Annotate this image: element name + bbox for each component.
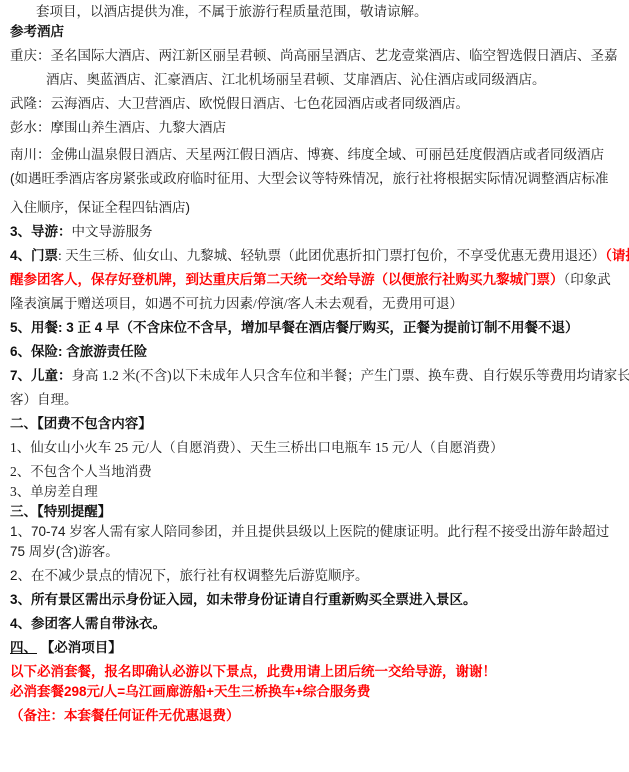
- text-segment: 醒参团客人，保存好登机牌，到达重庆后第二天统一交给导游（以便旅行社购买九黎城门票…: [10, 272, 564, 287]
- text-segment: 入住顺序，保证全程四钻酒店): [10, 200, 190, 215]
- text-segment: 酒店、奥蓝酒店、汇豪酒店、江北机场丽呈君顿、艾扉酒店、沁住酒店或同级酒店。: [46, 72, 546, 87]
- document-line: 6、保险: 含旅游责任险: [10, 344, 621, 359]
- document-line: 彭水：摩围山养生酒店、九黎大酒店: [10, 120, 621, 135]
- document-line: 必消套餐298元/人=乌江画廊游船+天生三桥换车+综合服务费: [10, 684, 621, 699]
- document-line: 3、单房差自理: [10, 484, 621, 499]
- document-line: 7、儿童：身高 1.2 米(不含)以下未成年人只含车位和半餐；产生门票、换车费、…: [10, 368, 621, 383]
- text-segment: 三、【特别提醒】: [10, 504, 111, 519]
- document-line: 75 周岁(含)游客。: [10, 544, 621, 559]
- document-line: 4、门票: 天生三桥、仙女山、九黎城、轻轨票（此团优惠折扣门票打包价，不享受优惠…: [10, 248, 621, 263]
- text-segment: 75 周岁(含)游客。: [10, 544, 119, 559]
- document-line: 1、70-74 岁客人需有家人陪同参团，并且提供县级以上医院的健康证明。此行程不…: [10, 524, 621, 539]
- document-line: (如遇旺季酒店客房紧张或政府临时征用、大型会议等特殊情况，旅行社将根据实际情况调…: [10, 171, 621, 186]
- text-segment: 3、所有景区需出示身份证入园，如未带身份证请自行重新购买全票进入景区。: [10, 592, 477, 607]
- document-line: 以下必消套餐，报名即确认必游以下景点，此费用请上团后统一交给导游，谢谢！: [10, 664, 621, 679]
- document-line: 2、在不减少景点的情况下，旅行社有权调整先后游览顺序。: [10, 568, 621, 583]
- text-segment: 二、【团费不包含内容】: [10, 416, 152, 431]
- document-line: 重庆：圣名国际大酒店、两江新区丽呈君顿、尚高丽呈酒店、艺龙壹棠酒店、临空智选假日…: [10, 48, 621, 63]
- text-segment: 7、儿童：: [10, 368, 72, 383]
- document-line: 参考酒店: [10, 24, 621, 39]
- document-line: 客）自理。: [10, 392, 621, 407]
- text-segment: 1、仙女山小火车 25 元/人（自愿消费）、天生三桥出口电瓶车 15 元/人（自…: [10, 440, 504, 455]
- document-line: （备注：本套餐任何证件无优惠退费）: [10, 708, 621, 723]
- document-line: 二、【团费不包含内容】: [10, 416, 621, 431]
- text-segment: 6、保险: 含旅游责任险: [10, 344, 147, 359]
- document-line: 醒参团客人，保存好登机牌，到达重庆后第二天统一交给导游（以便旅行社购买九黎城门票…: [10, 272, 621, 287]
- document-line: 3、所有景区需出示身份证入园，如未带身份证请自行重新购买全票进入景区。: [10, 592, 621, 607]
- text-segment: 4、参团客人需自带泳衣。: [10, 616, 166, 631]
- text-segment: : 天生三桥、仙女山、九黎城、轻轨票（此团优惠折扣门票打包价，不享受优惠无费用退…: [58, 248, 605, 263]
- text-segment: （备注：本套餐任何证件无优惠退费）: [10, 708, 240, 723]
- document-line: 3、导游：中文导游服务: [10, 224, 621, 239]
- text-segment: 3、单房差自理: [10, 484, 98, 499]
- text-segment: 2、在不减少景点的情况下，旅行社有权调整先后游览顺序。: [10, 568, 369, 583]
- text-segment: (如遇旺季酒店客房紧张或政府临时征用、大型会议等特殊情况，旅行社将根据实际情况调…: [10, 171, 609, 186]
- text-segment: 彭水：摩围山养生酒店、九黎大酒店: [10, 120, 226, 135]
- document-line: 入住顺序，保证全程四钻酒店): [10, 200, 621, 215]
- text-segment: 身高 1.2 米(不含)以下未成年人只含车位和半餐；产生门票、换车费、自行娱乐等…: [72, 368, 629, 383]
- text-segment: （请提: [605, 248, 629, 263]
- text-segment: 参考酒店: [10, 24, 64, 39]
- text-segment: 以下必消套餐，报名即确认必游以下景点，此费用请上团后统一交给导游，谢谢！: [10, 664, 496, 679]
- document-line: 三、【特别提醒】: [10, 504, 621, 519]
- text-segment: 南川：金佛山温泉假日酒店、天星两江假日酒店、博赛、纬度全域、可丽邑廷度假酒店或者…: [10, 147, 604, 162]
- text-segment: 必消套餐298元/人=乌江画廊游船+天生三桥换车+综合服务费: [10, 684, 370, 699]
- text-segment: 2、不包含个人当地消费: [10, 464, 152, 479]
- document-line: 2、不包含个人当地消费: [10, 464, 621, 479]
- text-segment: 1、70-74 岁客人需有家人陪同参团，并且提供县级以上医院的健康证明。此行程不…: [10, 524, 609, 539]
- document-line: 4、参团客人需自带泳衣。: [10, 616, 621, 631]
- document-body: 套项目，以酒店提供为准，不属于旅游行程质量范围，敬请谅解。参考酒店重庆：圣名国际…: [10, 4, 621, 723]
- text-segment: 3 正 4 早（不含床位不含早，增加早餐在酒店餐厅购买，正餐为提前订制不用餐不退…: [63, 320, 579, 335]
- document-page: { "page": { "type": "travel-itinerary-no…: [0, 0, 629, 772]
- document-line: 酒店、奥蓝酒店、汇豪酒店、江北机场丽呈君顿、艾扉酒店、沁住酒店或同级酒店。: [10, 72, 621, 87]
- text-segment: 武隆：云海酒店、大卫营酒店、欧悦假日酒店、七色花园酒店或者同级酒店。: [10, 96, 469, 111]
- document-line: 套项目，以酒店提供为准，不属于旅游行程质量范围，敬请谅解。: [10, 4, 621, 19]
- text-segment: 四、: [10, 640, 37, 655]
- document-line: 南川：金佛山温泉假日酒店、天星两江假日酒店、博赛、纬度全域、可丽邑廷度假酒店或者…: [10, 147, 621, 162]
- text-segment: 4、门票: [10, 248, 58, 263]
- document-line: 隆表演属于赠送项目，如遇不可抗力因素/停演/客人未去观看，无费用可退）: [10, 296, 621, 311]
- text-segment: 【必消项目】: [37, 640, 122, 655]
- document-line: 1、仙女山小火车 25 元/人（自愿消费）、天生三桥出口电瓶车 15 元/人（自…: [10, 440, 621, 455]
- text-segment: 客）自理。: [10, 392, 78, 407]
- text-segment: 重庆：圣名国际大酒店、两江新区丽呈君顿、尚高丽呈酒店、艺龙壹棠酒店、临空智选假日…: [10, 48, 618, 63]
- document-line: 四、 【必消项目】: [10, 640, 621, 655]
- text-segment: 5、用餐:: [10, 320, 63, 335]
- document-line: 武隆：云海酒店、大卫营酒店、欧悦假日酒店、七色花园酒店或者同级酒店。: [10, 96, 621, 111]
- text-segment: 中文导游服务: [72, 224, 153, 239]
- document-line: 5、用餐: 3 正 4 早（不含床位不含早，增加早餐在酒店餐厅购买，正餐为提前订…: [10, 320, 621, 335]
- text-segment: 套项目，以酒店提供为准，不属于旅游行程质量范围，敬请谅解。: [36, 4, 428, 19]
- text-segment: 隆表演属于赠送项目，如遇不可抗力因素/停演/客人未去观看，无费用可退）: [10, 296, 463, 311]
- text-segment: （印象武: [564, 272, 611, 287]
- text-segment: 3、导游：: [10, 224, 72, 239]
